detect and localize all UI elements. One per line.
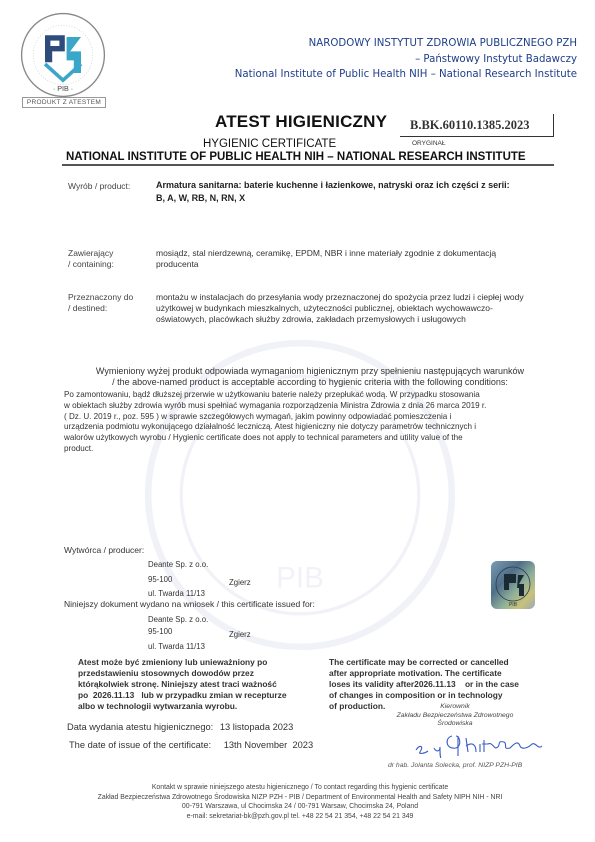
destined-line-2: użytkowej w budynkach mieszkalnych, użyt… [156,303,556,314]
issued-for-street: ul. Twarda 11/13 [148,642,205,651]
institute-subtitle-pl: – Państwowy Instytut Badawczy [415,54,577,65]
containing-label: Zawierający [68,248,113,259]
validity-pl-line: po 2026.11.13 lub w przypadku zmian w re… [78,690,328,701]
validity-en-line: loses its validity after2026.11.13 or in… [329,679,559,690]
conditions-intro-pl: Wymieniony wyżej produkt odpowiada wymag… [60,366,560,377]
footer-contact-line: e-mail: sekretariat-bk@pzh.gov.pl tel. +… [40,812,560,822]
hologram-seal-icon: PIB [488,558,538,612]
producer-label: Wytwórca / producer: [64,545,144,555]
validity-pl-line: Atest może być zmieniony lub unieważnion… [78,657,328,668]
issue-date-pl-value: 13 listopada 2023 [220,722,293,732]
logo-banner: PRODUKT Z ATESTEM [22,97,106,108]
validity-en-line: after appropriate motivation. The certif… [329,668,559,679]
svg-text:PIB: PIB [509,602,518,608]
producer-city: Zgierz [229,578,251,587]
conditions-line: urządzenia podmiotu wykonującego działal… [64,422,559,433]
issue-date-en-label: The date of issue of the certificate: [69,740,211,750]
validity-pl-line: przedstawieniu stosownych dowodów przez [78,668,328,679]
product-line-2: B, A, W, RB, N, RN, X [156,193,556,204]
producer-postcode: 95-100 [148,575,172,584]
svg-text:PIB: PIB [276,561,324,594]
conditions-line: Po zamontowaniu, bądź dłuższej przerwie … [64,390,559,401]
footer-line: Kontakt w sprawie niniejszego atestu hig… [40,783,560,793]
validity-en-line: The certificate may be corrected or canc… [329,657,559,668]
destined-label-en: / destined: [68,303,107,314]
issue-date-pl: Data wydania atestu higienicznego: 13 li… [67,722,293,732]
footer-line: 00-791 Warszawa, ul Chocimska 24 / 00-79… [40,802,560,812]
conditions-line: product. [64,444,559,455]
document-subtitle: HYGIENIC CERTIFICATE [203,138,336,150]
certificate-number: B.BK.60110.1385.2023 [410,118,529,133]
producer-name: Deante Sp. z o.o. [148,560,208,569]
issue-date-en-value: 13th November 2023 [224,740,313,750]
producer-street: ul. Twarda 11/13 [148,589,205,598]
issued-for-label: Niniejszy dokument wydano na wniosek / t… [64,599,315,609]
heading-divider [62,164,554,166]
product-line-1: Armatura sanitarna: baterie kuchenne i ł… [156,180,556,191]
original-label: ORYGINAŁ [412,140,445,147]
validity-en-line: of changes in composition or in technolo… [329,690,559,701]
footer-line: Zakład Bezpieczeństwa Zdrowotnego Środow… [40,793,560,803]
issued-for-city: Zgierz [229,630,251,639]
certificate-number-underline [400,136,554,137]
issue-date-pl-label: Data wydania atestu higienicznego: [67,722,213,732]
conditions-body: Po zamontowaniu, bądź dłuższej przerwie … [64,390,559,455]
svg-text:· PIB ·: · PIB · [53,84,73,93]
institute-name-pl: NARODOWY INSTYTUT ZDROWIA PUBLICZNEGO PZ… [309,38,577,49]
signatory-title: Kierownik Zakładu Bezpieczeństwa Zdrowot… [390,703,520,729]
product-label: Wyrób / product: [68,181,130,192]
destined-line-1: montażu w instalacjach do przesyłania wo… [156,292,556,303]
conditions-intro: Wymieniony wyżej produkt odpowiada wymag… [60,366,560,388]
containing-line-1: mosiądz, stal nierdzewną, ceramikę, EPDM… [156,248,556,259]
destined-line-3: oświatowych, placówkach służby zdrowia, … [156,314,556,325]
conditions-line: walorów użytkowych wyrobu / Hygienic cer… [64,433,559,444]
containing-label-en: / containing: [68,259,114,270]
validity-pl-line: albo w technologii wytwarzania wyrobu. [78,701,328,712]
signatory-title-line: Środowiska [390,720,520,729]
validity-note-pl: Atest może być zmieniony lub unieważnion… [78,657,328,712]
containing-line-2: producenta [156,259,556,270]
signatory-title-line: Zakładu Bezpieczeństwa Zdrowotnego [390,712,520,721]
conditions-intro-en: / the above-named product is acceptable … [60,377,560,388]
issued-for-name: Deante Sp. z o.o. [148,615,208,624]
certificate-number-border [553,114,554,137]
signatory-name: dr hab. Jolanta Solecka, prof. NIZP PZH-… [388,762,522,769]
pzh-logo-icon: · PIB · [18,10,108,100]
validity-pl-line: którąkolwiek stronę. Niniejszy atest tra… [78,679,328,690]
handwritten-signature-icon [410,732,550,758]
issued-for-postcode: 95-100 [148,627,172,636]
contact-footer: Kontakt w sprawie niniejszego atestu hig… [40,783,560,821]
institute-name-en: National Institute of Public Health NIH … [235,69,577,80]
institute-heading: NATIONAL INSTITUTE OF PUBLIC HEALTH NIH … [66,151,526,163]
conditions-line: ( Dz. U. 2019 r., poz. 595 ) w sprawie s… [64,412,559,423]
issue-date-en: The date of issue of the certificate: 13… [69,740,313,750]
conditions-line: w obiektach służby zdrowia wyrób musi sp… [64,401,559,412]
document-title: ATEST HIGIENICZNY [215,112,387,132]
signatory-title-line: Kierownik [390,703,520,712]
destined-label: Przeznaczony do [68,292,133,303]
